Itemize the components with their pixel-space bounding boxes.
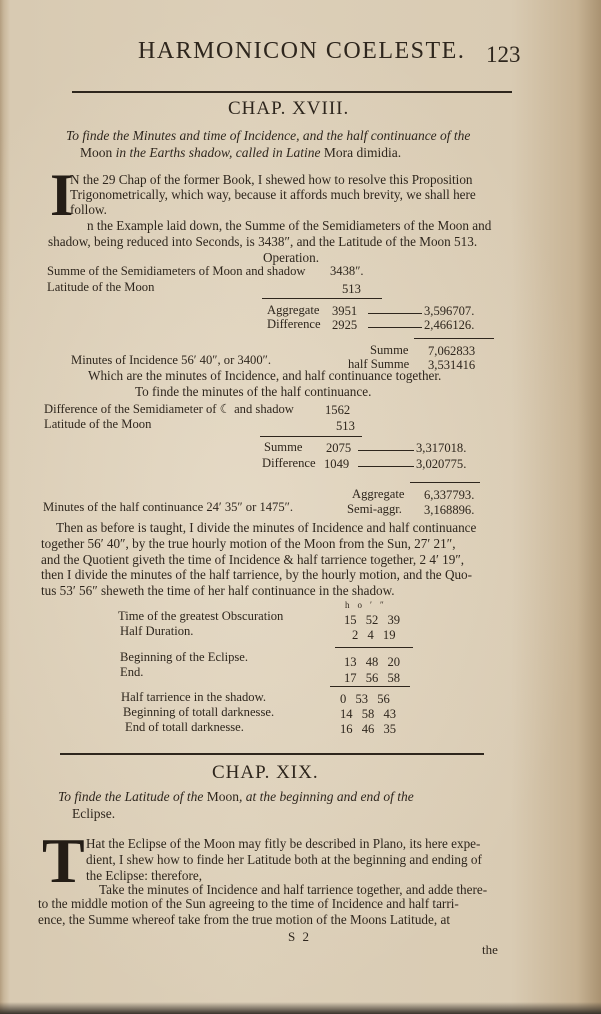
op2-difference-dash — [358, 466, 414, 467]
op2-row1-value: 1562 — [325, 403, 350, 418]
time-row-label: Beginning of totall darknesse. — [123, 705, 274, 720]
op1-difference-label: Difference — [267, 317, 321, 332]
op1-aggregate-label: Aggregate — [267, 303, 319, 318]
subtitle-part-c: , at the beginning and end of the — [239, 789, 414, 804]
op1-aggregate-dash — [368, 313, 422, 314]
time-row-label: Half tarrience in the shadow. — [121, 690, 266, 705]
ch18-para2-line1: n the Example laid down, the Summe of th… — [87, 218, 491, 234]
chapter-18-subtitle-line2: Moon in the Earths shadow, called in Lat… — [80, 145, 401, 161]
op2-summe-log: 3,317018. — [416, 441, 466, 456]
op2-summe-dash — [358, 450, 414, 451]
unit-minutes: ′ — [370, 600, 380, 610]
time-row-label: Time of the greatest Obscuration — [118, 609, 283, 624]
ch19-para1-line1: Hat the Eclipse of the Moon may fitly be… — [86, 836, 480, 852]
op1-row1-value: 3438″. — [330, 264, 364, 279]
ch18-para3-line2: together 56′ 40″, by the true hourly mot… — [41, 536, 456, 552]
op2-aggregate-label: Aggregate — [352, 487, 404, 502]
time-units-header: ho′″ — [345, 600, 392, 610]
op1-sum-rule — [262, 298, 382, 299]
chapter-18-heading: CHAP. XVIII. — [228, 98, 349, 120]
op1-difference-log: 2,466126. — [424, 318, 474, 333]
op1-log-rule — [414, 338, 494, 339]
op2-row2-label: Latitude of the Moon — [44, 417, 151, 432]
time-sum-rule-1 — [335, 647, 413, 648]
subtitle-moon: Moon — [207, 789, 239, 804]
time-row-value: 13 48 20 — [344, 655, 400, 670]
op1-row2-value: 513 — [342, 282, 361, 297]
op2-log-rule — [410, 482, 480, 483]
time-row-label: Beginning of the Eclipse. — [120, 650, 248, 665]
op2-semi-value: 3,168896. — [424, 503, 474, 518]
ch18-para3-line4: then I divide the minutes of the half ta… — [41, 567, 472, 583]
catchword: the — [482, 942, 498, 958]
subtitle-part-a: To finde the Latitude of the — [58, 789, 203, 804]
ch18-para3-line3: and the Quotient giveth the time of Inci… — [41, 552, 464, 568]
subtitle-italic: in the Earths shadow, called in Latine — [116, 145, 321, 160]
time-row-value: 17 56 58 — [344, 671, 400, 686]
signature-mark: S 2 — [288, 929, 309, 945]
op2-semi-label: Semi-aggr. — [347, 502, 402, 517]
op1-difference-value: 2925 — [332, 318, 357, 333]
time-row-label: End of totall darknesse. — [125, 720, 244, 735]
to-finde-line: To finde the minutes of the half continu… — [135, 384, 371, 400]
op1-summe-label: Summe — [370, 343, 408, 358]
ch19-para2-line2: to the middle motion of the Sun agreeing… — [38, 896, 459, 912]
op2-summe-value: 2075 — [326, 441, 351, 456]
ch19-para2-line3: ence, the Summe whereof take from the tr… — [38, 912, 450, 928]
ch18-para1-line2: Trigonometrically, which way, because it… — [70, 187, 476, 203]
page-number: 123 — [486, 42, 521, 68]
subtitle-moon: Moon — [80, 145, 112, 160]
chapter-19-subtitle-line1: To finde the Latitude of the Moon, at th… — [58, 789, 414, 805]
book-page: HARMONICON COELESTE. 123 CHAP. XVIII. To… — [0, 0, 601, 1014]
op2-difference-value: 1049 — [324, 457, 349, 472]
time-row-value: 2 4 19 — [352, 628, 396, 643]
ch18-para1-line3: follow. — [70, 202, 107, 218]
time-row-value: 15 52 39 — [344, 613, 400, 628]
op2-half-text: Minutes of the half continuance 24′ 35″ … — [43, 500, 293, 515]
subtitle-mora: Mora dimidia. — [324, 145, 401, 160]
op2-sum-rule — [260, 436, 362, 437]
running-title: HARMONICON COELESTE. — [138, 38, 465, 65]
op1-aggregate-log: 3,596707. — [424, 304, 474, 319]
which-line: Which are the minutes of Incidence, and … — [88, 368, 441, 384]
chapter-19-subtitle-line2: Eclipse. — [72, 806, 115, 822]
chapter-19-heading: CHAP. XIX. — [212, 762, 319, 784]
ch18-para1-line1: N the 29 Chap of the former Book, I shew… — [70, 172, 473, 188]
ch18-para3-line5: tus 53′ 56″ sheweth the time of her half… — [41, 583, 395, 599]
drop-cap-t: T — [42, 834, 85, 888]
time-row-value: 16 46 35 — [340, 722, 396, 737]
header-rule — [72, 91, 512, 93]
op1-summe-value: 7,062833 — [428, 344, 475, 359]
op1-aggregate-value: 3951 — [332, 304, 357, 319]
op2-aggregate-value: 6,337793. — [424, 488, 474, 503]
time-row-value: 0 53 56 — [340, 692, 390, 707]
ch18-para3-line1: Then as before is taught, I divide the m… — [56, 520, 476, 536]
op1-difference-dash — [368, 327, 422, 328]
op2-row1-label: Difference of the Semidiameter of ☾ and … — [44, 401, 294, 417]
chapter-18-subtitle-line1: To finde the Minutes and time of Inciden… — [66, 128, 470, 144]
op1-row2-label: Latitude of the Moon — [47, 280, 154, 295]
op2-summe-label: Summe — [264, 440, 302, 455]
ch18-para2-line2: shadow, being reduced into Seconds, is 3… — [48, 234, 477, 250]
time-sum-rule-2 — [330, 686, 410, 687]
unit-seconds: ″ — [380, 600, 392, 610]
time-row-value: 14 58 43 — [340, 707, 396, 722]
op1-incidence-text: Minutes of Incidence 56′ 40″, or 3400″. — [71, 353, 271, 368]
op2-difference-label: Difference — [262, 456, 316, 471]
op1-row1-label: Summe of the Semidiameters of Moon and s… — [47, 264, 305, 279]
op2-difference-log: 3,020775. — [416, 457, 466, 472]
time-row-label: End. — [120, 665, 143, 680]
time-row-label: Half Duration. — [120, 624, 193, 639]
ch19-para1-line2: dient, I shew how to finde her Latitude … — [86, 852, 482, 868]
unit-hours: ho — [345, 600, 370, 610]
chapter-divider-rule — [60, 753, 484, 755]
op2-row2-value: 513 — [336, 419, 355, 434]
